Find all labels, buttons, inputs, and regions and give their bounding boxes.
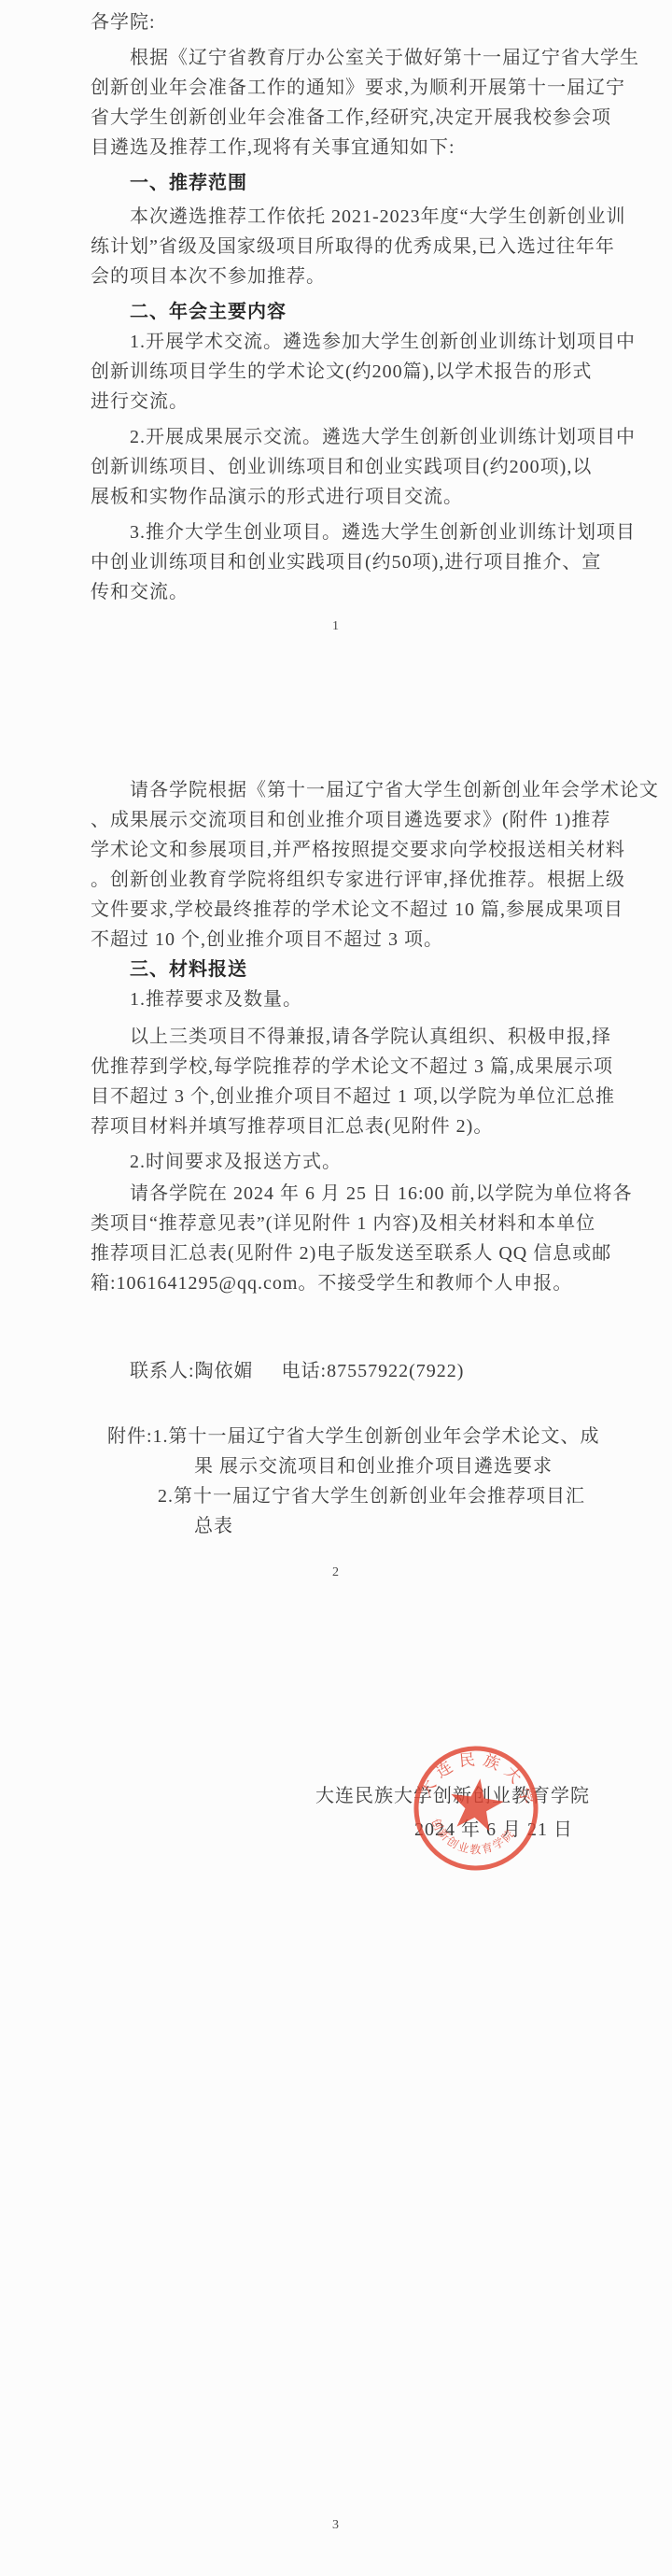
text-line: 中创业训练项目和创业实践项目(约50项),进行项目推介、宣 bbox=[91, 547, 581, 577]
salutation: 各学院: bbox=[91, 7, 581, 37]
text-line: 优推荐到学校,每学院推荐的学术论文不超过 3 篇,成果展示项 bbox=[91, 1052, 581, 1082]
text-line: 1.开展学术交流。遴选参加大学生创新创业训练计划项目中 bbox=[91, 327, 581, 357]
page-number-2: 2 bbox=[91, 1558, 581, 1588]
text-line: 传和交流。 bbox=[91, 577, 581, 607]
page-number-1: 1 bbox=[91, 612, 581, 642]
text-line: 2.时间要求及报送方式。 bbox=[91, 1147, 581, 1177]
text-line: 进行交流。 bbox=[91, 387, 581, 417]
section-heading-3: 三、材料报送 bbox=[91, 955, 581, 984]
attachment-line: 果 展示交流项目和创业推介项目遴选要求 bbox=[91, 1451, 581, 1481]
text-line: 目不超过 3 个,创业推介项目不超过 1 项,以学院为单位汇总推 bbox=[91, 1082, 581, 1111]
notice-document: 各学院: 根据《辽宁省教育厅办公室关于做好第十一届辽宁省大学生 创新创业年会准备… bbox=[0, 0, 672, 2576]
text-line: 学术论文和参展项目,并严格按照提交要求向学校报送相关材料 bbox=[91, 835, 581, 865]
text-line: 创新创业年会准备工作的通知》要求,为顺利开展第十一届辽宁 bbox=[91, 73, 581, 103]
text-line: 请各学院在 2024 年 6 月 25 日 16:00 前,以学院为单位将各 bbox=[91, 1179, 581, 1209]
text-line: 以上三类项目不得兼报,请各学院认真组织、积极申报,择 bbox=[91, 1022, 581, 1052]
text-line: 本次遴选推荐工作依托 2021-2023年度“大学生创新创业训 bbox=[91, 202, 581, 232]
text-line: 根据《辽宁省教育厅办公室关于做好第十一届辽宁省大学生 bbox=[91, 43, 581, 73]
text-line: 类项目“推荐意见表”(详见附件 1 内容)及相关材料和本单位 bbox=[91, 1209, 581, 1238]
text-line: 创新训练项目、创业训练项目和创业实践项目(约200项),以 bbox=[91, 452, 581, 482]
text-line: 文件要求,学校最终推荐的学术论文不超过 10 篇,参展成果项目 bbox=[91, 895, 581, 925]
signature-organization: 大连民族大学创新创业教育学院 bbox=[91, 1781, 590, 1811]
text-line: 展板和实物作品演示的形式进行项目交流。 bbox=[91, 482, 581, 512]
page-number-3: 3 bbox=[91, 2511, 581, 2541]
text-line: 创新训练项目学生的学术论文(约200篇),以学术报告的形式 bbox=[91, 357, 581, 387]
text-line: 2.开展成果展示交流。遴选大学生创新创业训练计划项目中 bbox=[91, 422, 581, 452]
text-line: 练计划”省级及国家级项目所取得的优秀成果,已入选过往年年 bbox=[91, 232, 581, 262]
attachment-line: 2.第十一届辽宁省大学生创新创业年会推荐项目汇 bbox=[91, 1481, 581, 1511]
text-line: 请各学院根据《第十一届辽宁省大学生创新创业年会学术论文 bbox=[91, 775, 581, 805]
text-line: 目遴选及推荐工作,现将有关事宜通知如下: bbox=[91, 133, 581, 163]
text-line: 、成果展示交流项目和创业推介项目遴选要求》(附件 1)推荐 bbox=[91, 805, 581, 835]
text-line: 荐项目材料并填写推荐项目汇总表(见附件 2)。 bbox=[91, 1111, 581, 1141]
contact-line: 联系人:陶依媚 电话:87557922(7922) bbox=[91, 1356, 581, 1386]
text-line: 推荐项目汇总表(见附件 2)电子版发送至联系人 QQ 信息或邮 bbox=[91, 1238, 581, 1268]
text-line: 不超过 10 个,创业推介项目不超过 3 项。 bbox=[91, 925, 581, 955]
text-line: 。创新创业教育学院将组织专家进行评审,择优推荐。根据上级 bbox=[91, 865, 581, 895]
attachment-line: 附件:1.第十一届辽宁省大学生创新创业年会学术论文、成 bbox=[91, 1422, 581, 1451]
signature-date: 2024 年 6 月 21 日 bbox=[91, 1815, 573, 1845]
section-heading-1: 一、推荐范围 bbox=[91, 168, 581, 198]
text-line: 省大学生创新创业年会准备工作,经研究,决定开展我校参会项 bbox=[91, 103, 581, 133]
section-heading-2: 二、年会主要内容 bbox=[91, 297, 581, 327]
text-line: 1.推荐要求及数量。 bbox=[91, 984, 581, 1014]
text-line: 3.推介大学生创业项目。遴选大学生创新创业训练计划项目 bbox=[91, 517, 581, 547]
text-line: 会的项目本次不参加推荐。 bbox=[91, 262, 581, 291]
text-line: 箱:1061641295@qq.com。不接受学生和教师个人申报。 bbox=[91, 1268, 581, 1298]
attachment-line: 总表 bbox=[91, 1511, 581, 1541]
